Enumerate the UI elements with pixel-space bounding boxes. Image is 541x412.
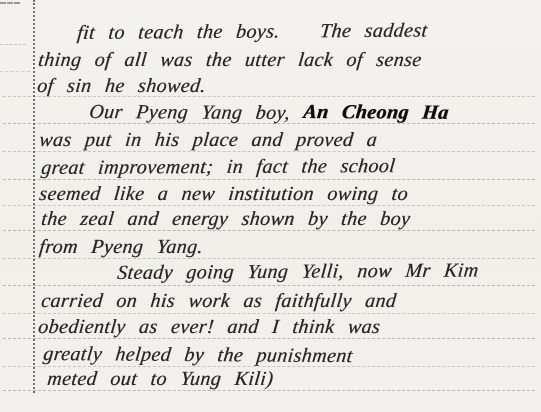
ruled-line (0, 44, 26, 45)
line-text: seemed like a new institution owing to (38, 183, 409, 206)
line-text: the zeal and energy shown by the boy (40, 208, 411, 231)
handwritten-line: was put in his place and proved a (38, 129, 376, 156)
manuscript-page: fit to teach the boys. The saddest thing… (0, 0, 541, 412)
line-text: thing of all was the utter lack of sense (37, 49, 423, 72)
line-text: greatly helped by the punishment (42, 343, 354, 368)
handwritten-line: thing of all was the utter lack of sense (37, 49, 420, 76)
handwritten-line: the zeal and energy shown by the boy (40, 208, 409, 235)
margin-rule-line (33, 0, 35, 393)
line-text: great improvement; in fact the school (40, 155, 396, 180)
handwritten-line: great improvement; in fact the school (40, 157, 394, 184)
emphasized-name: An Cheong Ha (302, 101, 450, 125)
line-text: from Pyeng Yang. (38, 236, 204, 259)
handwritten-line: fit to teach the boys. The saddest (76, 22, 426, 49)
handwritten-line: Our Pyeng Yang boy, An Cheong Ha (88, 101, 448, 128)
handwritten-line: of sin he showed. (36, 75, 205, 102)
handwritten-line: greatly helped by the punishment (42, 343, 352, 370)
ruled-line (0, 71, 30, 72)
line-text: carried on his work as faithfully and (40, 290, 397, 313)
corner-dash-mark (0, 2, 20, 4)
line-text: obediently as ever! and I think was (37, 316, 381, 339)
line-text: Our Pyeng Yang boy, (88, 101, 305, 125)
handwritten-line: Steady going Yung Yelli, now Mr Kim (116, 262, 477, 289)
handwritten-line: obediently as ever! and I think was (37, 316, 379, 343)
handwritten-line: seemed like a new institution owing to (38, 183, 407, 210)
handwritten-line: carried on his work as faithfully and (40, 290, 395, 317)
line-text: fit to teach the boys. The saddest (76, 20, 429, 45)
line-text: was put in his place and proved a (38, 129, 378, 152)
line-text: Steady going Yung Yelli, now Mr Kim (116, 259, 480, 285)
line-text: of sin he showed. (36, 75, 207, 98)
handwritten-line: meted out to Yung Kili) (46, 368, 272, 395)
line-text: meted out to Yung Kili) (46, 368, 274, 391)
handwritten-line: from Pyeng Yang. (38, 236, 202, 263)
